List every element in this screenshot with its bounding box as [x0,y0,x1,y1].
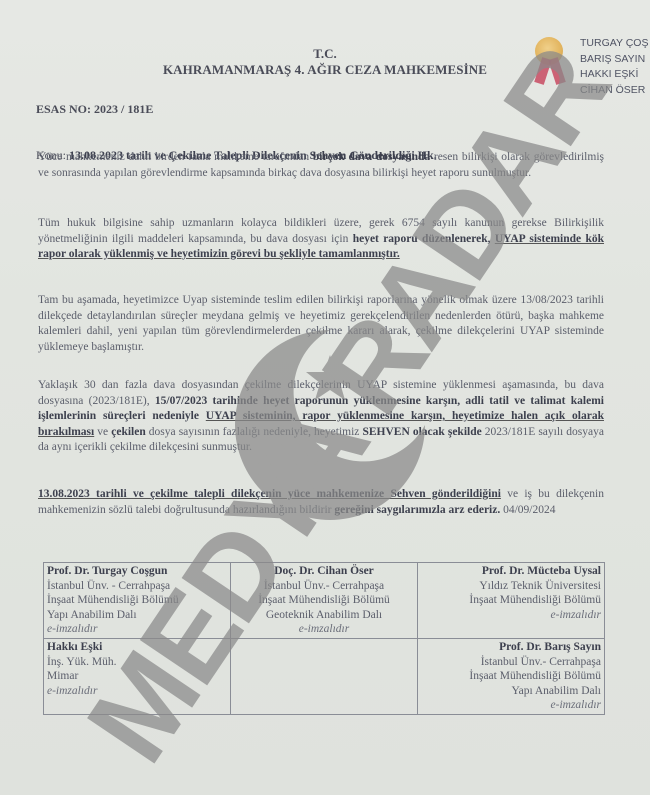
signer-line: Yıldız Teknik Üniversitesi [421,579,601,594]
seal-name: TURGAY ÇOŞ [580,36,648,52]
e-signature-status: e-imzalıdır [234,622,414,637]
e-signature-status: e-imzalıdır [47,684,227,699]
seal-name: BARIŞ SAYIN [580,52,648,68]
seal-names: TURGAY ÇOŞ BARIŞ SAYIN HAKKI EŞKİ CİHAN … [580,36,648,98]
paragraph-4: Yaklaşık 30 dan fazla dava dosyasından ç… [38,378,604,456]
signer-line: İnşaat Mühendisliği Bölümü [234,593,414,608]
bold-text: çekilen [111,426,146,438]
signer-name: Prof. Dr. Turgay Coşgun [47,564,227,579]
e-signature-status: e-imzalıdır [47,622,227,637]
signature-cell: Prof. Dr. Mücteba Uysal Yıldız Teknik Ün… [418,563,605,639]
e-signature-status: e-imzalıdır [421,608,601,623]
signature-table: Prof. Dr. Turgay Coşgun İstanbul Ünv. - … [43,562,605,715]
signature-cell: Prof. Dr. Barış Sayın İstanbul Ünv.- Cer… [418,638,605,714]
signer-line: Yapı Anabilim Dalı [421,684,601,699]
signer-line: Mimar [47,669,227,684]
signer-line: İstanbul Ünv.- Cerrahpaşa [234,579,414,594]
signer-line: İnşaat Mühendisliği Bölümü [421,593,601,608]
bold-text: gereğini saygılarımızla arz ederiz. [334,504,500,516]
signer-line: İnşaat Mühendisliği Bölümü [47,593,227,608]
seal-name: CİHAN ÖSER [580,83,648,99]
signer-line: İnşaat Mühendisliği Bölümü [421,669,601,684]
signer-name: Prof. Dr. Mücteba Uysal [421,564,601,579]
underlined-bold-text: 13.08.2023 tarihli ve çekilme talepli di… [38,488,501,500]
paragraph-2: Tüm hukuk bilgisine sahip uzmanların kol… [38,216,604,263]
signer-line: İstanbul Ünv.- Cerrahpaşa [421,655,601,670]
bold-text: SEHVEN olacak şekilde [362,426,481,438]
signer-line: İstanbul Ünv. - Cerrahpaşa [47,579,227,594]
document-page: T.C. KAHRAMANMARAŞ 4. AĞIR CEZA MAHKEMES… [0,0,650,795]
text: dosya sayısının fazlalığı nedeniyle, hey… [146,426,363,438]
paragraph-1: Yüce mahkemeniz dahil birden fazla mahke… [38,150,604,181]
paragraph-3: Tam bu aşamada, heyetimizce Uyap sistemi… [38,293,604,355]
signer-name: Doç. Dr. Cihan Öser [234,564,414,579]
empty-signature-cell [231,638,418,714]
signer-line: Geoteknik Anabilim Dalı [234,608,414,623]
signer-name: Hakkı Eşki [47,640,227,655]
bold-text: birçok dava dosyasında [313,151,430,163]
signature-cell: Hakkı Eşki İnş. Yük. Müh. Mimar e-imzalı… [44,638,231,714]
signer-line: İnş. Yük. Müh. [47,655,227,670]
signature-cell: Doç. Dr. Cihan Öser İstanbul Ünv.- Cerra… [231,563,418,639]
e-signature-status: e-imzalıdır [421,698,601,713]
text: ve [94,426,111,438]
signer-name: Prof. Dr. Barış Sayın [421,640,601,655]
date: 04/09/2024 [500,504,555,516]
case-number: ESAS NO: 2023 / 181E [36,102,153,117]
signer-line: Yapı Anabilim Dalı [47,608,227,623]
signature-cell: Prof. Dr. Turgay Coşgun İstanbul Ünv. - … [44,563,231,639]
text: Yüce mahkemeniz dahil birden fazla mahke… [38,151,313,163]
seal-name: HAKKI EŞKİ [580,67,648,83]
paragraph-5: 13.08.2023 tarihli ve çekilme talepli di… [38,487,604,518]
bold-text: heyet raporu düzenlenerek, [353,233,495,245]
